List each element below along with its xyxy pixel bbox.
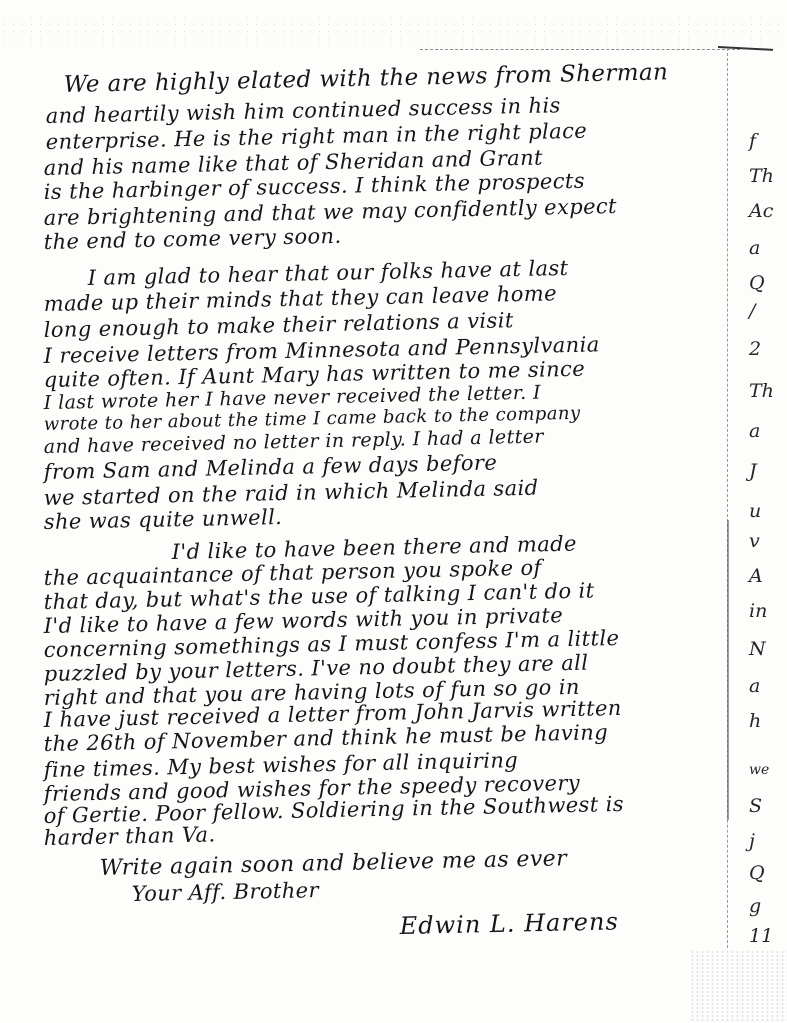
adjacent-fragment: S bbox=[749, 795, 762, 817]
letter-line: she was quite unwell. bbox=[43, 505, 282, 534]
adjacent-fragment: 2 bbox=[749, 338, 761, 360]
letter-line: harder than Va. bbox=[43, 822, 215, 850]
adjacent-fragment: Q bbox=[749, 272, 765, 294]
adjacent-fragment: f bbox=[749, 130, 756, 152]
adjacent-fragment: Th bbox=[749, 165, 774, 187]
adjacent-fragment: g bbox=[749, 895, 761, 917]
adjacent-fragment: Ac bbox=[749, 200, 773, 222]
adjacent-fragment: Q bbox=[749, 862, 765, 884]
page-edge-shadow bbox=[727, 520, 729, 820]
adjacent-fragment: a bbox=[749, 675, 760, 697]
adjacent-fragment: a bbox=[749, 420, 760, 442]
closing-line: Write again soon and believe me as ever bbox=[99, 846, 567, 881]
scanned-letter-page: We are highly elated with the news from … bbox=[0, 0, 787, 1023]
adjacent-fragment: 11 bbox=[749, 925, 773, 947]
adjacent-fragment: u bbox=[749, 500, 761, 522]
adjacent-fragment: v bbox=[749, 530, 760, 552]
signature: Edwin L. Harens bbox=[399, 907, 619, 940]
adjacent-fragment: / bbox=[749, 300, 755, 322]
adjacent-fragment: we bbox=[749, 762, 769, 778]
adjacent-fragment: j bbox=[749, 830, 755, 852]
adjacent-fragment: N bbox=[749, 638, 766, 660]
letter-body: We are highly elated with the news from … bbox=[0, 0, 727, 1023]
closing-salutation: Your Aff. Brother bbox=[131, 878, 319, 906]
adjacent-page-sliver: f Th Ac a Q / 2 Th a J u v A in N a h we… bbox=[735, 0, 787, 1023]
adjacent-fragment: J bbox=[749, 460, 757, 482]
adjacent-fragment: a bbox=[749, 237, 760, 259]
letter-line: We are highly elated with the news from … bbox=[63, 59, 668, 98]
adjacent-fragment: Th bbox=[749, 380, 774, 402]
adjacent-fragment: h bbox=[749, 710, 761, 732]
adjacent-fragment: A bbox=[749, 565, 763, 587]
letter-line: the end to come very soon. bbox=[43, 224, 341, 254]
adjacent-fragment: in bbox=[749, 600, 767, 622]
